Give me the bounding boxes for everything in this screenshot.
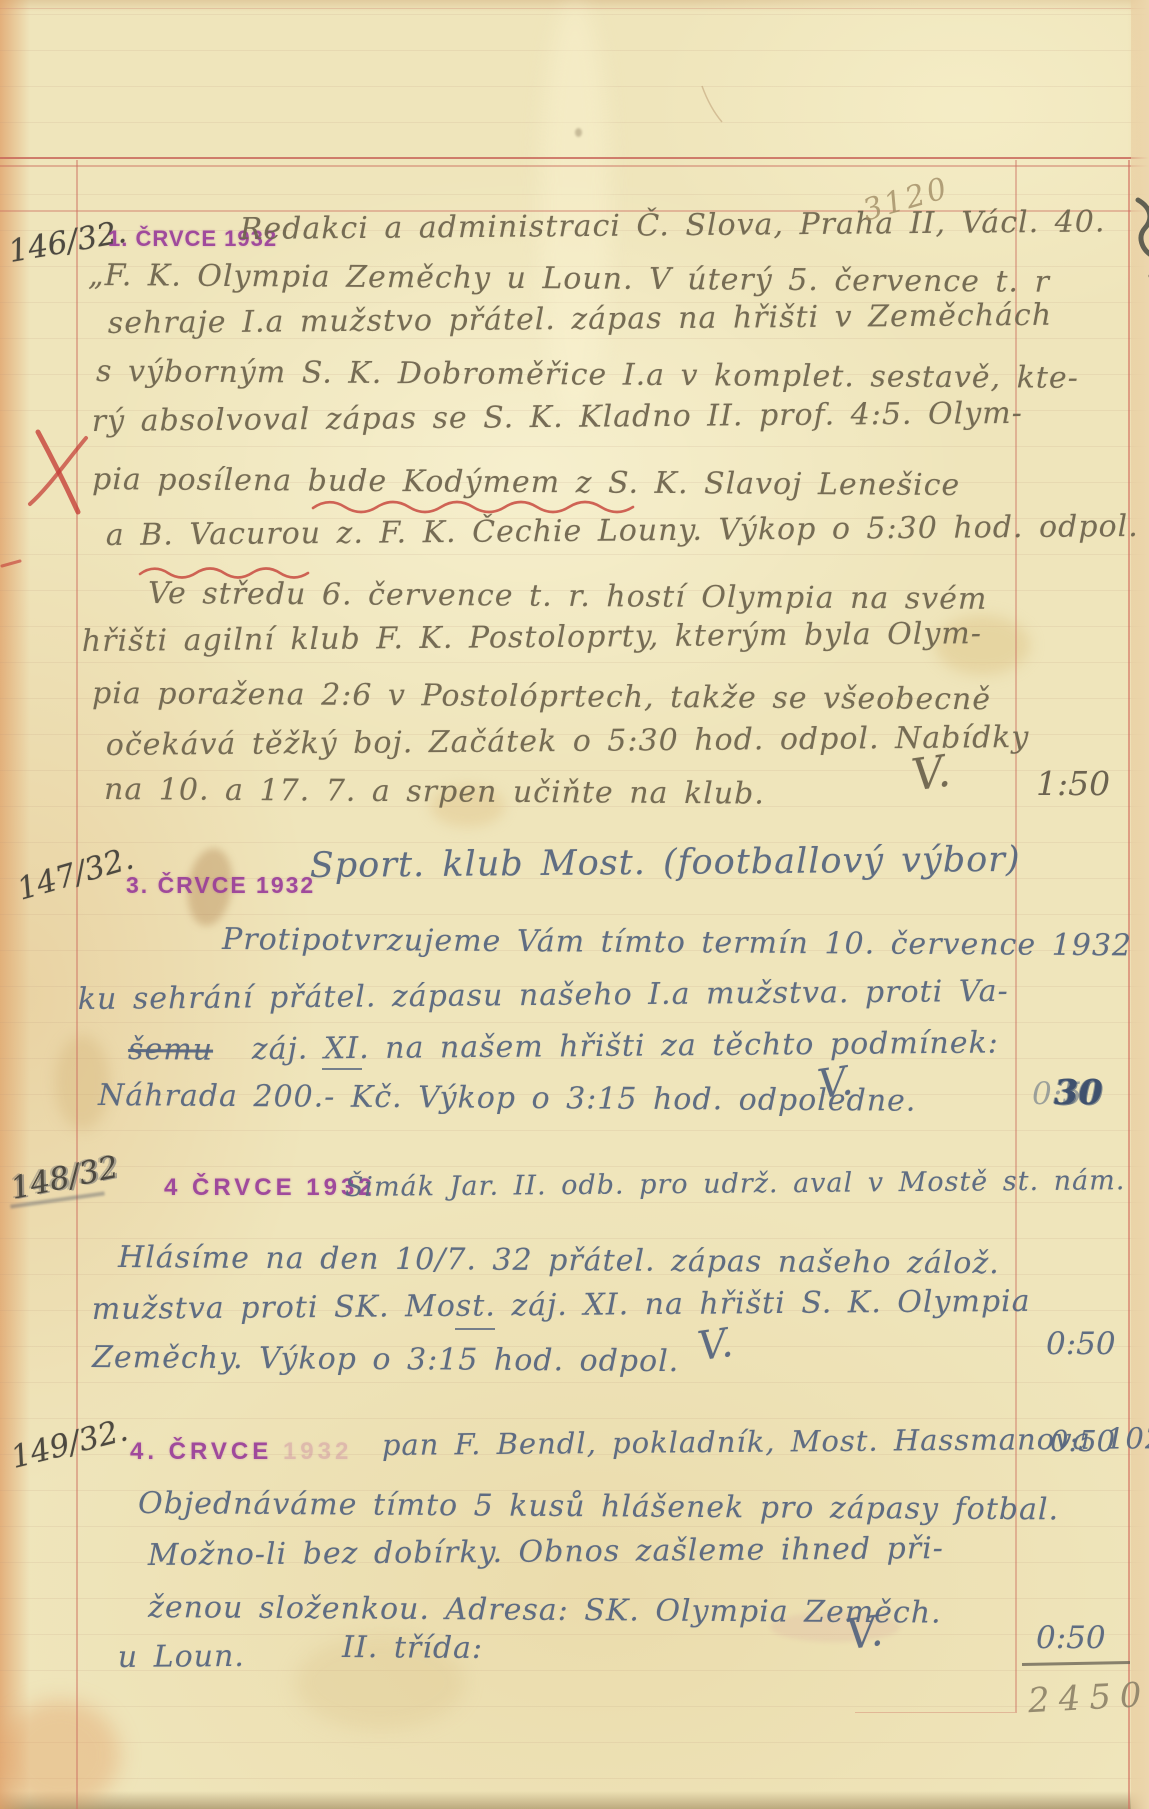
entry-147-line-0: Sport. klub Most. (footballový výbor): [310, 840, 1021, 886]
ledger-page: 146/32. 1. ČRVCE 1932 Redakci a administ…: [0, 0, 1149, 1809]
page-right-edge: [1131, 0, 1149, 1809]
date-stamp: 4. ČRVCE 1932: [130, 1438, 352, 1466]
entry-147-struck-word: šemu: [128, 1032, 213, 1068]
entry-149-line-3: ženou složenkou. Adresa: SK. Olympia Zem…: [148, 1590, 942, 1631]
entry-149-line-4: u Loun.: [118, 1639, 245, 1675]
date-stamp-year-faint: 1932: [283, 1438, 352, 1465]
fee-amount: 1:50: [1036, 764, 1110, 803]
red-cross-mark: [38, 432, 78, 512]
entry-number: 147/32.: [13, 840, 137, 907]
entry-146-line-1: „F. K. Olympia Zeměchy u Loun. V úterý 5…: [88, 258, 1050, 300]
sum-pencil-total: 2450: [1027, 1675, 1149, 1721]
red-wavy-underline: [313, 502, 633, 512]
entry-147-line-4: Náhrada 200.- Kč. Výkop o 3:15 hod. odpo…: [98, 1078, 917, 1119]
roman-numeral-underline: [322, 1068, 362, 1070]
paper-scratch: [702, 86, 722, 122]
entry-149-line-1: Objednáváme tímto 5 kusů hlášenek pro zá…: [138, 1486, 1059, 1527]
entry-146-line-11: na 10. a 17. 7. a srpen učiňte na klub.: [104, 772, 765, 812]
red-edge-dash: [2, 561, 20, 566]
header-fee-amount: 0:50: [1050, 1424, 1115, 1458]
entry-148-line-0: Šimák Jar. II. odb. pro udrž. aval v Mos…: [345, 1165, 1126, 1203]
entry-146-line-5: pia posílena bude Kodýmem z S. K. Slavoj…: [92, 462, 960, 503]
entry-146-line-0: Redakci a administraci Č. Slova, Praha I…: [240, 204, 1106, 247]
entry-146-line-8: hřišti agilní klub F. K. Postoloprty, kt…: [82, 616, 982, 659]
entry-146-line-3: s výborným S. K. Dobroměřice I.a v kompl…: [96, 354, 1079, 396]
header-rule-main: [0, 157, 1149, 167]
entry-147-line-3: záj. XI. na našem hřišti za těchto podmí…: [252, 1025, 999, 1067]
entry-149-line-0: pan F. Bendl, pokladník, Most. Hassmanov…: [382, 1421, 1149, 1462]
date-stamp-day: 4. ČRVCE: [130, 1438, 272, 1465]
clerk-initial: V.: [695, 1320, 736, 1370]
entry-148-line-3: Zeměchy. Výkop o 3:15 hod. odpol.: [92, 1340, 679, 1379]
entry-number: 149/32.: [7, 1412, 131, 1476]
entry-148-line-1: Hlásíme na den 10/7. 32 přátel. zápas na…: [118, 1240, 1000, 1281]
entry-number: 148/32: [7, 1149, 121, 1207]
paper-speck: [575, 128, 582, 137]
roman-numeral-underline: [455, 1328, 495, 1330]
fee-amount-corrected: 0:50 30: [1032, 1076, 1102, 1112]
top-edge-rule: [0, 8, 1149, 9]
entry-147-line-2: ku sehrání přátel. zápasu našeho I.a muž…: [78, 974, 1009, 1017]
fee-column-foot-rule: [855, 1712, 1015, 1713]
clerk-initial: V.: [843, 1606, 886, 1660]
date-stamp: 3. ČRVCE 1932: [126, 872, 315, 899]
entry-149-line-2: Možno-li bez dobírky. Obnos zašleme ihne…: [148, 1531, 944, 1573]
sum-underline: [1022, 1661, 1130, 1666]
fee-amount: 0:50: [1036, 1620, 1106, 1656]
clerk-initial: V.: [815, 1058, 856, 1108]
entry-146-line-2: sehraje I.a mužstvo přátel. zápas na hři…: [108, 298, 1053, 341]
entry-146-line-7: Ve středu 6. července t. r. hostí Olympi…: [148, 576, 988, 617]
entry-146-line-10: očekává těžký boj. Začátek o 5:30 hod. o…: [106, 720, 1030, 763]
entry-147-line-1: Protipotvrzujeme Vám tímto termín 10. če…: [222, 922, 1132, 963]
fee-amount: 0:50: [1046, 1326, 1116, 1362]
edge-pencil-mark: [1138, 200, 1149, 276]
entry-146-line-4: rý absolvoval zápas se S. K. Kladno II. …: [92, 396, 1023, 439]
corner-discoloration: [0, 1700, 120, 1809]
entry-146-line-6: a B. Vacurou z. F. K. Čechie Louny. Výko…: [106, 509, 1139, 553]
fee-overwrite: 30: [1054, 1072, 1103, 1113]
entry-148-line-2: mužstva proti SK. Most. záj. XI. na hřiš…: [92, 1284, 1031, 1327]
entry-149-line-5: II. třída:: [342, 1630, 483, 1666]
right-margin-rule: [1128, 160, 1130, 1809]
clerk-initial: V.: [909, 746, 954, 802]
entry-146-line-9: pia poražena 2:6 v Postolóprtech, takže …: [92, 676, 991, 717]
red-cross-mark: [30, 438, 86, 504]
